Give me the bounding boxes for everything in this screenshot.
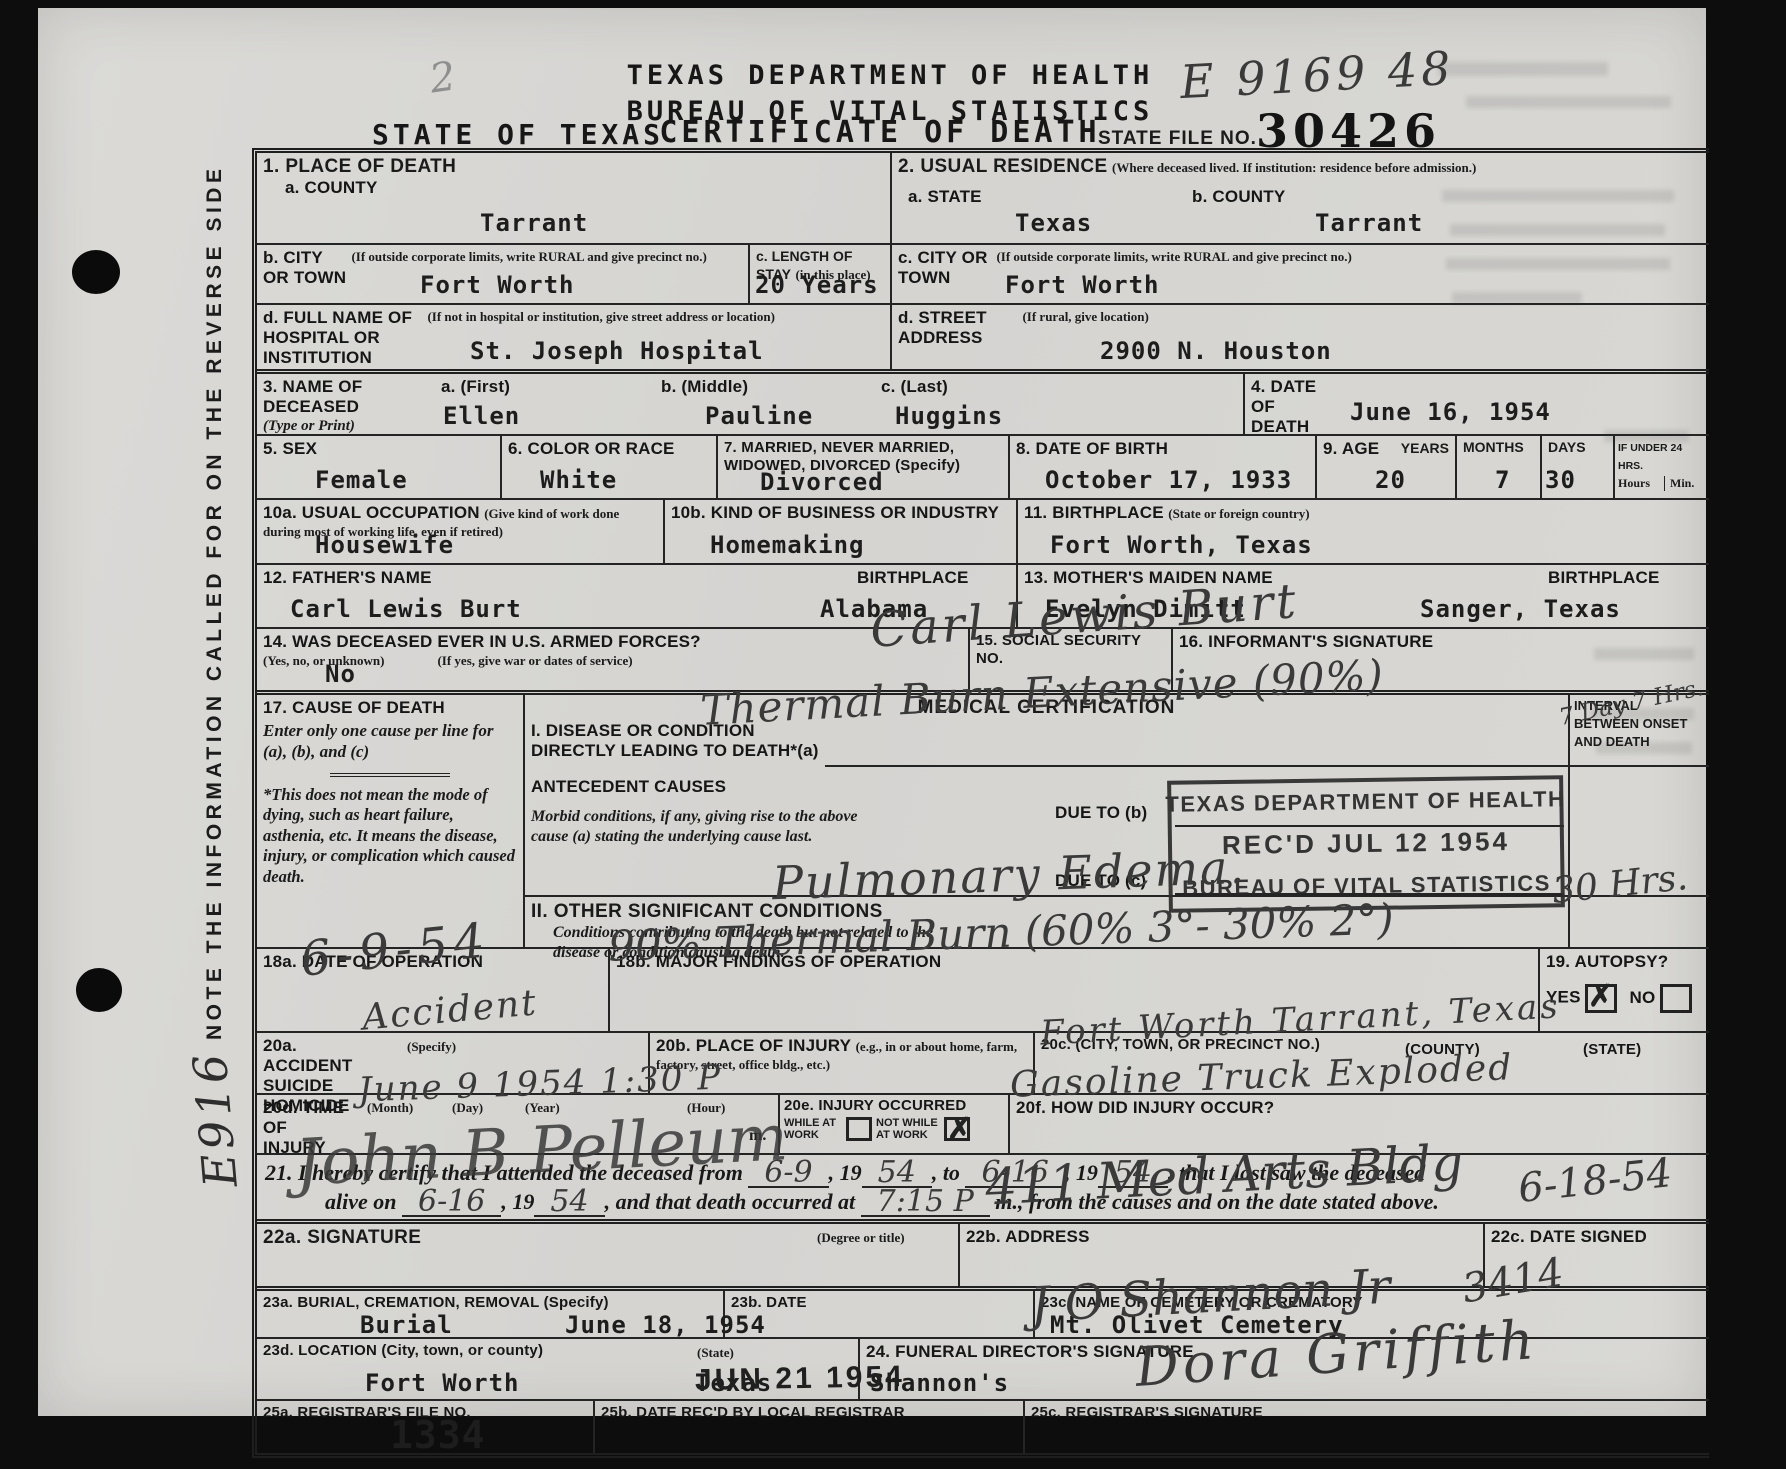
row-occupation: 10a. USUAL OCCUPATION (Give kind of work…	[257, 500, 1709, 565]
cause-of-death-label: 17. CAUSE OF DEATH	[263, 698, 445, 717]
bleed-through	[1438, 62, 1608, 76]
hospital-value: St. Joseph Hospital	[470, 337, 764, 365]
while-at-work-label: WHILE AT WORK	[784, 1117, 842, 1141]
mother-birthplace-label: BIRTHPLACE	[1548, 568, 1660, 588]
middle-name-value: Pauline	[705, 402, 813, 430]
informant-label: 16. INFORMANT'S SIGNATURE	[1179, 632, 1433, 651]
street-address-value: 2900 N. Houston	[1100, 337, 1332, 365]
first-name-label: a. (First)	[441, 377, 510, 396]
autopsy-label: 19. AUTOPSY?	[1546, 952, 1668, 971]
marital-value: Divorced	[760, 468, 884, 496]
hospital-label: d. FULL NAME OF HOSPITAL OR INSTITUTION	[263, 308, 423, 368]
name-label: 3. NAME OF DECEASED	[263, 377, 362, 416]
county-value: Tarrant	[480, 209, 588, 237]
location-city-value: Fort Worth	[365, 1369, 520, 1397]
field-burial-date: 23b. DATE	[725, 1291, 1035, 1337]
length-of-stay-value: 20 Years	[755, 271, 879, 299]
age-min-label: Min.	[1665, 476, 1694, 491]
field-interval: INTERVAL BETWEEN ONSET AND DEATH	[1570, 695, 1709, 947]
residence-city-label: c. CITY OR TOWN	[898, 248, 992, 288]
burial-date-value: June 18, 1954	[565, 1311, 766, 1339]
location-state-note: (State)	[697, 1345, 734, 1361]
armed-forces-value: No	[325, 660, 356, 688]
age-months-value: 7	[1495, 466, 1510, 494]
residence-county-label: b. COUNTY	[1192, 187, 1285, 207]
disease-label-2: DIRECTLY LEADING TO DEATH*(a)	[531, 741, 819, 761]
field-name-of-deceased: 3. NAME OF DECEASED (Type or Print)	[257, 374, 435, 434]
injury-state-label: (STATE)	[1583, 1041, 1641, 1058]
birthplace-label: 11. BIRTHPLACE	[1024, 503, 1164, 522]
last-name-label: c. (Last)	[881, 377, 948, 396]
certificate-title: CERTIFICATE OF DEATH	[650, 115, 1110, 150]
age-hours-label: Hours	[1618, 476, 1665, 491]
bleed-through	[1466, 96, 1671, 108]
age-years-label: YEARS	[1401, 440, 1449, 456]
age-label: 9. AGE	[1323, 439, 1379, 458]
middle-name-label: b. (Middle)	[661, 377, 748, 396]
row-registrar: 25a. REGISTRAR'S FILE NO. 25b. DATE REC'…	[257, 1401, 1709, 1453]
burial-date-label: 23b. DATE	[731, 1294, 807, 1311]
degree-note: (Degree or title)	[817, 1230, 905, 1246]
street-address-note: (If rural, give location)	[1022, 309, 1148, 324]
row-city: b. CITY OR TOWN (If outside corporate li…	[257, 245, 1709, 305]
sex-value: Female	[315, 466, 408, 494]
age-years-value: 20	[1375, 466, 1406, 494]
not-while-at-work-mark: ✗	[947, 1112, 972, 1147]
occupation-value: Housewife	[315, 531, 454, 559]
row-name: 3. NAME OF DECEASED (Type or Print) a. (…	[257, 374, 1709, 436]
sex-label: 5. SEX	[263, 439, 317, 458]
city-value: Fort Worth	[420, 271, 575, 299]
row-sex-age: 5. SEX 6. COLOR OR RACE 7. MARRIED, NEVE…	[257, 436, 1709, 500]
autopsy-yes-mark: ✗	[1588, 979, 1613, 1014]
header-state-of-texas: STATE OF TEXAS	[372, 118, 662, 151]
city-note: (If outside corporate limits, write RURA…	[351, 249, 731, 265]
name-sub-label: (Type or Print)	[263, 418, 355, 434]
state-file-no-label: STATE FILE NO.	[1098, 128, 1257, 150]
not-while-at-work-checkbox[interactable]: ✗	[944, 1117, 970, 1141]
cause-a-line	[825, 765, 1568, 767]
birthplace-value: Fort Worth, Texas	[1050, 531, 1313, 559]
autopsy-no-label: NO	[1630, 988, 1656, 1007]
race-label: 6. COLOR OR RACE	[508, 439, 675, 458]
cert-text: , and that death occurred at	[605, 1189, 856, 1214]
address-label: 22b. ADDRESS	[966, 1227, 1090, 1246]
row-place-residence: 1. PLACE OF DEATH a. COUNTY 2. USUAL RES…	[257, 153, 1709, 245]
age-under24-label: IF UNDER 24 HRS.	[1618, 442, 1682, 472]
due-to-b-label: DUE TO (b)	[1055, 803, 1147, 823]
residence-state-label: a. STATE	[908, 187, 982, 207]
field-physician-signature: 22a. SIGNATURE (Degree or title)	[257, 1224, 960, 1286]
residence-city-value: Fort Worth	[1005, 271, 1160, 299]
cause-note: *This does not mean the mode of dying, s…	[263, 785, 517, 888]
father-name-label: 12. FATHER'S NAME	[263, 568, 432, 587]
armed-forces-label: 14. WAS DECEASED EVER IN U.S. ARMED FORC…	[263, 632, 701, 651]
local-registrar-date-stamp: JUN 21 1954	[695, 1360, 905, 1398]
cert-text: , to	[932, 1160, 960, 1185]
accident-note: (Specify)	[407, 1039, 456, 1055]
age-days-label: DAYS	[1548, 439, 1586, 455]
residence-city-note: (If outside corporate limits, write RURA…	[996, 249, 1556, 265]
industry-label: 10b. KIND OF BUSINESS OR INDUSTRY	[671, 503, 999, 522]
dob-label: 8. DATE OF BIRTH	[1016, 439, 1168, 458]
cause-intro: Enter only one cause per line for (a), (…	[263, 720, 517, 763]
cert-blank-hour: 7:15 P	[861, 1188, 990, 1217]
usual-residence-label: 2. USUAL RESIDENCE	[898, 156, 1108, 177]
stamp-line1: TEXAS DEPARTMENT OF HEALTH	[1165, 786, 1565, 818]
field-cause-of-death-intro: 17. CAUSE OF DEATH Enter only one cause …	[257, 695, 525, 947]
antecedent-label: ANTECEDENT CAUSES	[531, 777, 726, 797]
interval-line-a	[1570, 765, 1709, 767]
place-of-injury-label: 20b. PLACE OF INJURY	[656, 1036, 851, 1055]
field-age-under24: IF UNDER 24 HRS. Hours Min.	[1615, 436, 1709, 498]
signature-label: 22a. SIGNATURE	[263, 1227, 421, 1248]
antecedent-note: Morbid conditions, if any, giving rise t…	[531, 807, 861, 847]
residence-state-value: Texas	[1015, 209, 1092, 237]
father-birthplace-label: BIRTHPLACE	[857, 568, 969, 588]
location-label: 23d. LOCATION (City, town, or county)	[263, 1342, 543, 1359]
registrar-file-value: 1334	[390, 1413, 486, 1457]
registrar-date-label: 25b. DATE REC'D BY LOCAL REGISTRAR	[601, 1404, 905, 1421]
race-value: White	[540, 466, 617, 494]
usual-residence-note: (Where deceased lived. If institution: r…	[1112, 160, 1476, 175]
header-dept-line1: TEXAS DEPARTMENT OF HEALTH	[560, 60, 1220, 91]
cert-text: , 19	[501, 1189, 534, 1214]
burial-value: Burial	[360, 1311, 453, 1339]
cert-blank-alive-year: 54	[534, 1188, 604, 1217]
occupation-label: 10a. USUAL OCCUPATION	[263, 503, 480, 522]
date-signed-label: 22c. DATE SIGNED	[1491, 1227, 1647, 1246]
birthplace-note: (State or foreign country)	[1168, 506, 1309, 521]
date-of-death-label: 4. DATE OF DEATH	[1251, 377, 1321, 437]
row-hospital: d. FULL NAME OF HOSPITAL OR INSTITUTION …	[257, 305, 1709, 374]
date-of-death-value: June 16, 1954	[1350, 398, 1551, 426]
death-certificate-scan: NOTE THE INFORMATION CALLED FOR ON THE R…	[0, 0, 1786, 1469]
father-name-value: Carl Lewis Burt	[290, 595, 522, 623]
reverse-side-note: NOTE THE INFORMATION CALLED FOR ON THE R…	[203, 328, 227, 1040]
county-label: a. COUNTY	[285, 178, 377, 197]
age-months-label: MONTHS	[1463, 439, 1524, 455]
registrar-signature-label: 25c. REGISTRAR'S SIGNATURE	[1031, 1404, 1263, 1421]
field-registrar-signature: 25c. REGISTRAR'S SIGNATURE	[1025, 1401, 1709, 1453]
dob-value: October 17, 1933	[1045, 466, 1292, 494]
place-of-death-label: 1. PLACE OF DEATH	[263, 156, 456, 177]
age-days-value: 30	[1545, 466, 1576, 494]
city-label: b. CITY OR TOWN	[263, 248, 347, 288]
burial-label: 23a. BURIAL, CREMATION, REMOVAL (Specify…	[263, 1294, 609, 1311]
mother-birthplace-value: Sanger, Texas	[1420, 595, 1621, 623]
cert-text: , 19	[829, 1160, 862, 1185]
last-name-value: Huggins	[895, 402, 1003, 430]
hospital-note: (If not in hospital or institution, give…	[427, 309, 867, 325]
not-while-at-work-label: NOT WHILE AT WORK	[876, 1117, 940, 1141]
residence-county-value: Tarrant	[1315, 209, 1423, 237]
while-at-work-checkbox[interactable]	[846, 1117, 872, 1141]
field-registrar-date: 25b. DATE REC'D BY LOCAL REGISTRAR	[595, 1401, 1025, 1453]
autopsy-yes-checkbox[interactable]: ✗	[1585, 984, 1617, 1013]
street-address-label: d. STREET ADDRESS	[898, 308, 1018, 348]
injury-occurred-label: 20e. INJURY OCCURRED	[784, 1097, 966, 1114]
armed-forces-note2: (If yes, give war or dates of service)	[437, 653, 632, 668]
field-autopsy: 19. AUTOPSY? YES ✗ NO	[1540, 949, 1709, 1031]
autopsy-no-checkbox[interactable]	[1660, 984, 1692, 1013]
field-injury-occurred: 20e. INJURY OCCURRED WHILE AT WORK NOT W…	[780, 1095, 1010, 1153]
punch-hole	[76, 968, 122, 1012]
industry-value: Homemaking	[710, 531, 865, 559]
punch-hole	[72, 250, 120, 294]
stamp-line2: REC'D JUL 12 1954	[1222, 826, 1510, 861]
first-name-value: Ellen	[443, 402, 520, 430]
